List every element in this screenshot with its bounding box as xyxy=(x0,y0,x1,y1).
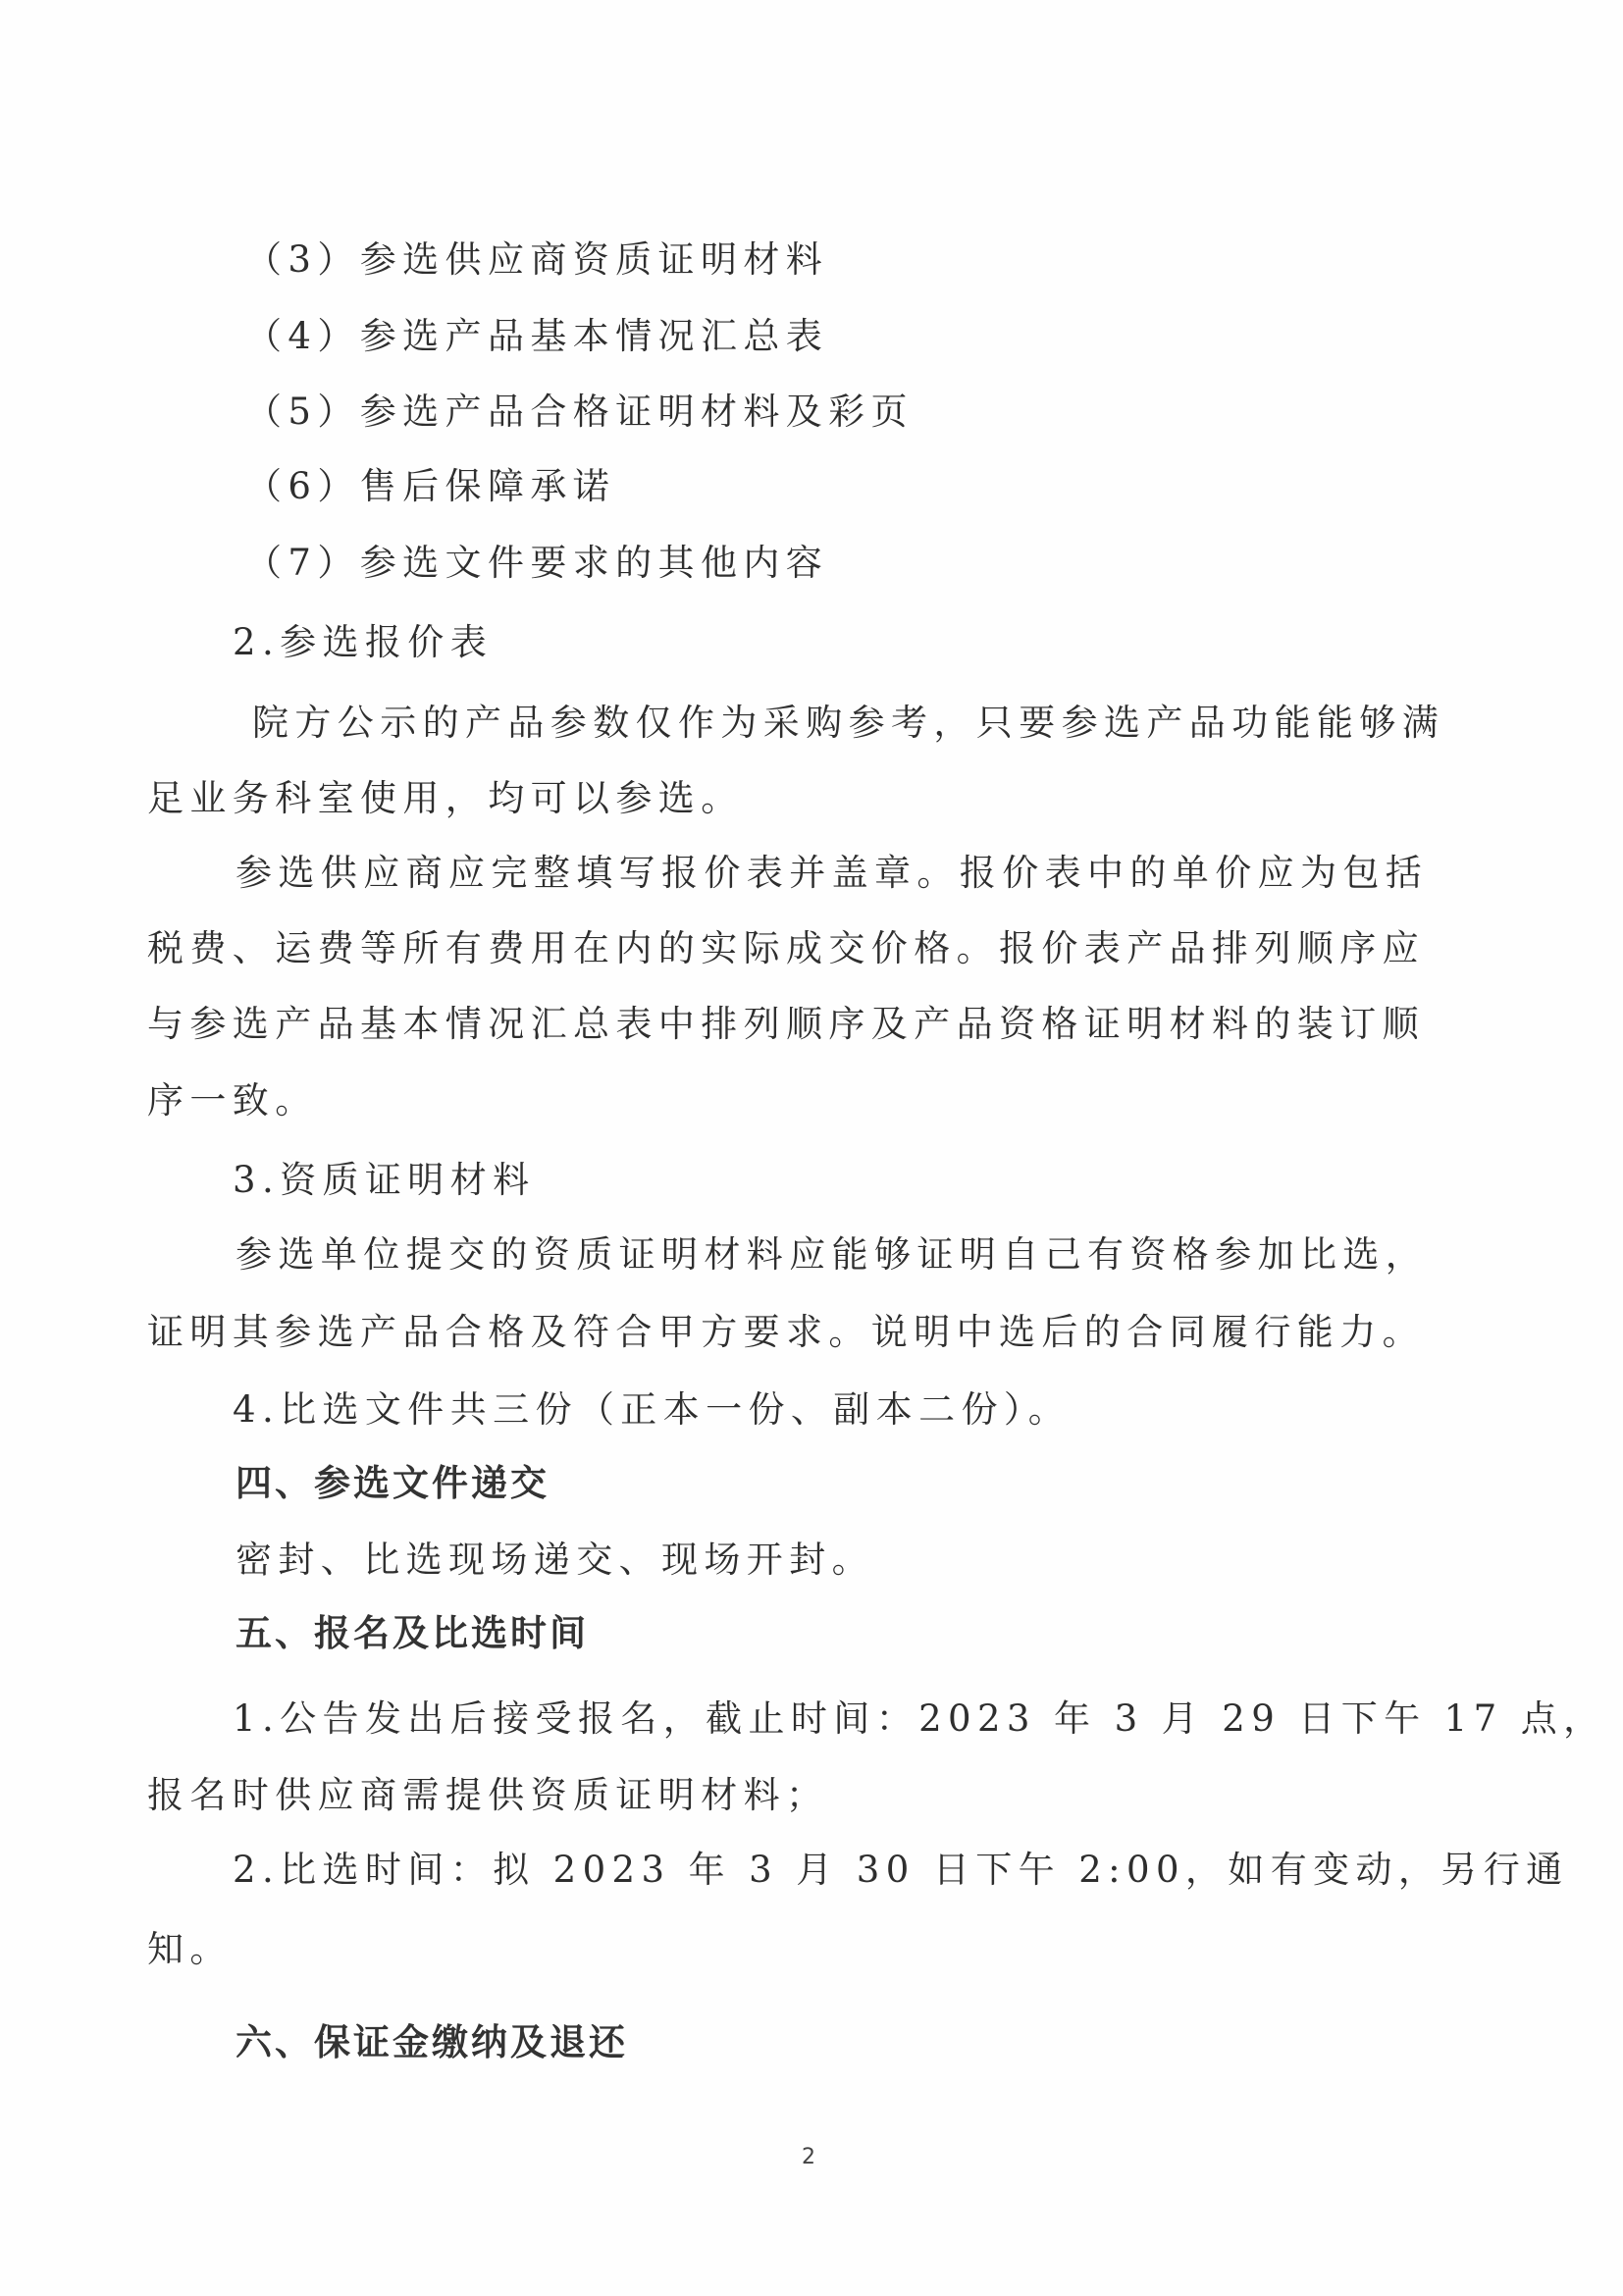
paragraph-line: 足业务科室使用，均可以参选。 xyxy=(147,776,744,821)
paragraph-line: 知。 xyxy=(147,1927,233,1972)
page-number: 2 xyxy=(802,2145,815,2169)
subsection-heading-quote-form: 2.参选报价表 xyxy=(233,620,493,665)
paragraph-line: 参选供应商应完整填写报价表并盖章。报价表中的单价应为包括 xyxy=(236,851,1428,896)
paragraph-line: 参选单位提交的资质证明材料应能够证明自己有资格参加比选， xyxy=(236,1232,1428,1278)
chapter-heading-deposit: 六、保证金缴纳及退还 xyxy=(236,2020,628,2065)
list-item-3: （3）参选供应商资质证明材料 xyxy=(245,237,828,283)
chapter-heading-schedule: 五、报名及比选时间 xyxy=(236,1611,589,1656)
list-item-6: （6）售后保障承诺 xyxy=(245,464,615,509)
paragraph-line: 税费、运费等所有费用在内的实际成交价格。报价表产品排列顺序应 xyxy=(147,926,1425,971)
chapter-heading-submission: 四、参选文件递交 xyxy=(236,1461,550,1506)
subsection-heading-qualification: 3.资质证明材料 xyxy=(233,1158,536,1203)
paragraph-line: 2.比选时间：拟 2023 年 3 月 30 日下午 2:00，如有变动，另行通 xyxy=(233,1848,1569,1893)
paragraph-line: 院方公示的产品参数仅作为采购参考，只要参选产品功能能够满 xyxy=(252,701,1444,746)
subsection-copies: 4.比选文件共三份（正本一份、副本二份）。 xyxy=(233,1387,1071,1433)
document-page: （3）参选供应商资质证明材料 （4）参选产品基本情况汇总表 （5）参选产品合格证… xyxy=(0,0,1623,2296)
paragraph-line: 1.公告发出后接受报名，截止时间：2023 年 3 月 29 日下午 17 点， xyxy=(233,1696,1606,1742)
paragraph-line: 与参选产品基本情况汇总表中排列顺序及产品资格证明材料的装订顺 xyxy=(147,1002,1425,1047)
list-item-7: （7）参选文件要求的其他内容 xyxy=(245,541,828,586)
paragraph-line: 密封、比选现场递交、现场开封。 xyxy=(236,1538,874,1583)
list-item-4: （4）参选产品基本情况汇总表 xyxy=(245,314,828,359)
paragraph-line: 序一致。 xyxy=(147,1078,318,1123)
paragraph-line: 报名时供应商需提供资质证明材料； xyxy=(147,1773,828,1818)
paragraph-line: 证明其参选产品合格及符合甲方要求。说明中选后的合同履行能力。 xyxy=(147,1310,1425,1355)
list-item-5: （5）参选产品合格证明材料及彩页 xyxy=(245,390,914,435)
